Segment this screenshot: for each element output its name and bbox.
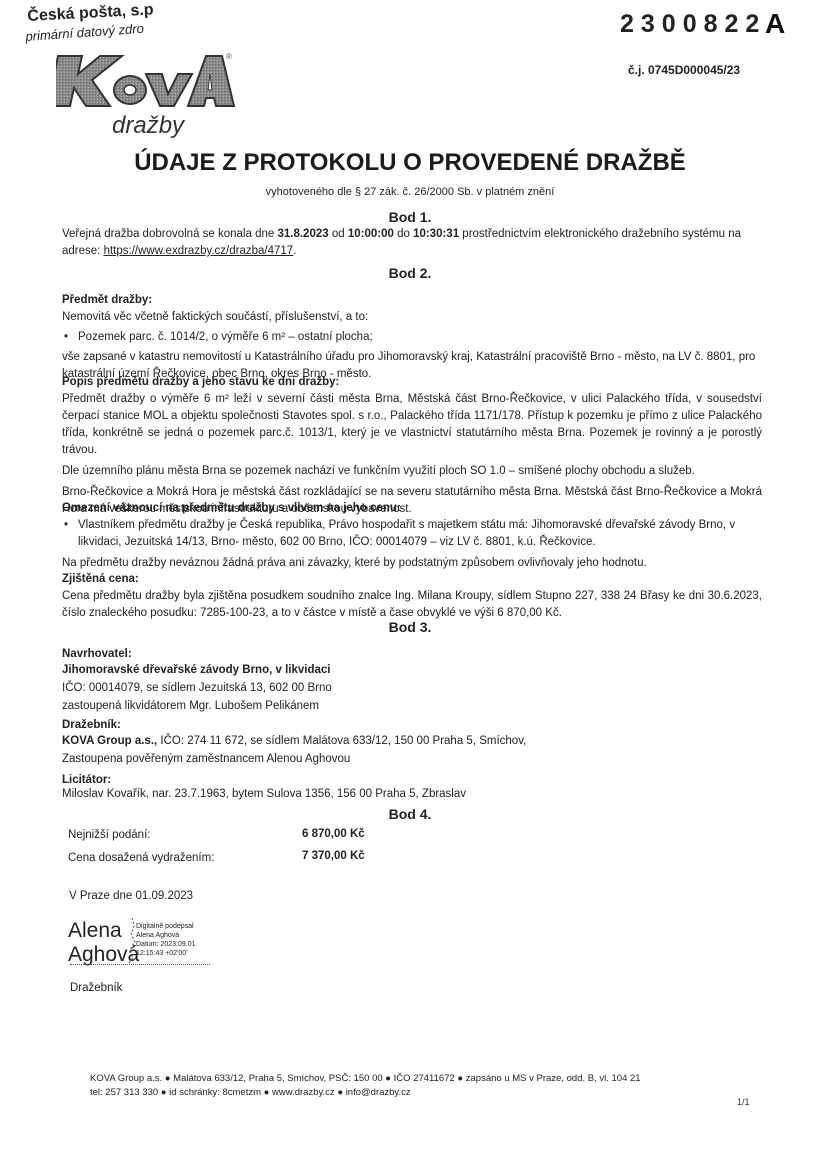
auctioneer-section: Dražebník: KOVA Group a.s., IČO: 274 11 … (62, 718, 762, 768)
section-heading-bod3: Bod 3. (0, 619, 820, 635)
price-heading: Zjištěná cena: (62, 571, 762, 588)
proposer-name: Jihomoravské dřevařské závody Brno, v li… (62, 661, 762, 679)
document-letter: A (765, 8, 785, 40)
auction-url-link[interactable]: https://www.exdrazby.cz/drazba/4717 (104, 245, 294, 257)
auctioneer-details: IČO: 274 11 672, se sídlem Malátova 633/… (157, 735, 526, 747)
description-heading: Popis předmětu dražby a jeho stavu ke dn… (62, 374, 762, 391)
page-number: 1/1 (737, 1097, 750, 1107)
price-section: Zjištěná cena: Cena předmětu dražby byla… (62, 571, 762, 622)
proposer-section: Navrhovatel: Jihomoravské dřevařské závo… (62, 647, 762, 715)
footer-line2: tel: 257 313 330 ● id schránky: 8cmetzm … (90, 1087, 411, 1098)
subject-heading: Předmět dražby: (62, 292, 762, 309)
final-price-value: 7 370,00 Kč (302, 850, 365, 862)
registered-mark: ® (226, 52, 232, 61)
encumbrance-section: Omezení váznoucí na předmětu dražby s vl… (62, 500, 762, 572)
subject-intro: Nemovitá věc včetně faktických součástí,… (62, 309, 762, 326)
subject-item: Pozemek parc. č. 1014/2, o výměře 6 m² –… (62, 329, 762, 346)
description-paragraph-1: Předmět dražby o výměře 6 m² leží v seve… (62, 391, 762, 459)
encumbrance-heading: Omezení váznoucí na předmětu dražby s vl… (62, 500, 762, 517)
digital-signature-line: Datum: 2023.09.01 (136, 940, 196, 949)
proposer-id: IČO: 00014079, se sídlem Jezuitská 13, 6… (62, 679, 762, 697)
auction-time-to: 10:30:31 (413, 228, 459, 240)
auctioneer-representative: Zastoupena pověřeným zaměstnancem Alenou… (62, 750, 762, 768)
document-number: 2300822 (620, 10, 766, 39)
price-text: Cena předmětu dražby byla zjištěna posud… (62, 588, 762, 622)
licitator-section: Licitátor: Miloslav Kovařík, nar. 23.7.1… (62, 773, 762, 801)
bod1-text-part: od (329, 228, 348, 240)
lowest-bid-label: Nejnižší podání: (68, 829, 150, 841)
subject-section: Předmět dražby: Nemovitá věc včetně fakt… (62, 292, 762, 383)
auctioneer-name: KOVA Group a.s., (62, 735, 157, 747)
place-date: V Praze dne 01.09.2023 (69, 890, 193, 902)
bod1-text-part: do (394, 228, 413, 240)
proposer-representative: zastoupená likvidátorem Mgr. Lubošem Pel… (62, 697, 762, 715)
description-paragraph-2: Dle územního plánu města Brna se pozemek… (62, 463, 762, 480)
section-heading-bod2: Bod 2. (0, 265, 820, 281)
document-title: ÚDAJE Z PROTOKOLU O PROVEDENÉ DRAŽBĚ (0, 149, 820, 177)
signature-line (70, 964, 210, 965)
licitator-heading: Licitátor: (62, 773, 762, 787)
reference-number: č.j. 0745D000045/23 (628, 63, 740, 77)
bod1-text: Veřejná dražba dobrovolná se konala dne … (62, 226, 762, 260)
final-price-label: Cena dosažená vydražením: (68, 852, 214, 864)
bod1-text-part: Veřejná dražba dobrovolná se konala dne (62, 228, 277, 240)
digital-signature-line: Digitálně podepsal (136, 922, 196, 931)
description-section: Popis předmětu dražby a jeho stavu ke dn… (62, 374, 762, 518)
kova-logo (56, 52, 236, 110)
document-subtitle: vyhotoveného dle § 27 zák. č. 26/2000 Sb… (0, 186, 820, 198)
section-heading-bod4: Bod 4. (0, 806, 820, 822)
digital-signature-line: 12:15:43 +02'00' (136, 949, 196, 958)
auction-time-from: 10:00:00 (348, 228, 394, 240)
section-heading-bod1: Bod 1. (0, 209, 820, 225)
bod1-text-part: . (293, 245, 296, 257)
proposer-heading: Navrhovatel: (62, 647, 762, 661)
signature-role: Dražebník (70, 982, 122, 994)
footer-line1: KOVA Group a.s. ● Malátova 633/12, Praha… (90, 1073, 641, 1084)
signature-first-name: Alena (68, 919, 122, 943)
digital-signature-info: Digitálně podepsal Alena Aghová Datum: 2… (136, 922, 196, 958)
encumbrance-note: Na předmětu dražby neváznou žádná práva … (62, 555, 762, 572)
lowest-bid-value: 6 870,00 Kč (302, 828, 365, 840)
logo-subtitle: dražby (112, 112, 184, 140)
licitator-text: Miloslav Kovařík, nar. 23.7.1963, bytem … (62, 787, 762, 801)
digital-signature-line: Alena Aghová (136, 931, 196, 940)
auctioneer-heading: Dražebník: (62, 718, 762, 732)
encumbrance-item: Vlastníkem předmětu dražby je Česká repu… (62, 517, 762, 551)
auction-date: 31.8.2023 (277, 228, 328, 240)
